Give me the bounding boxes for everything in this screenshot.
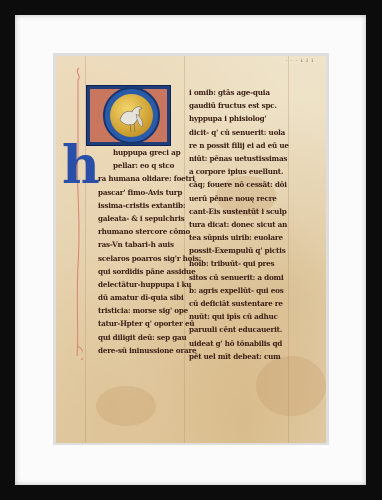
text-line: qui diligit deū: sep gau xyxy=(86,331,201,344)
text-line: huppupa greci ap xyxy=(86,146,201,159)
text-line: dere-sū ininussione orare xyxy=(86,344,201,357)
text-line: tatur-Hpter q' oporter eū xyxy=(86,317,201,330)
text-line: dū amatur dī-quia sibi xyxy=(86,291,201,304)
manuscript-page: · · · i i i xyxy=(56,56,326,443)
stain xyxy=(256,356,326,416)
text-line: tea sūpnis uirib: euolare xyxy=(189,231,289,244)
picture-frame: · · · i i i xyxy=(0,0,382,500)
text-line: pēt uel mīt debeat: cum xyxy=(189,350,289,363)
roundel-ring xyxy=(103,87,160,144)
text-line: b: agris expellūt- qui eos xyxy=(189,284,289,297)
text-line: delectātur-huppupa i ku xyxy=(86,278,201,291)
flourish-decoration xyxy=(73,66,83,366)
text-line: nuūt: qui ipīs cū adhuc xyxy=(189,310,289,323)
text-line: sitos cū senuerit: a domi xyxy=(189,271,289,284)
gold-roundel xyxy=(110,94,153,137)
text-line: niūt: pēnas uetustissimas xyxy=(189,152,289,165)
text-line: cū deficiāt sustentare re xyxy=(189,297,289,310)
text-line: galeata- & i sepulchris xyxy=(86,212,201,225)
text-line: uideat g' hō tōnabilis qd xyxy=(189,337,289,350)
text-column-left: huppupa greci ap pellar: eo q stco ra hu… xyxy=(86,146,201,357)
text-line: ra humana olidare: foetri xyxy=(86,172,201,185)
text-line: ras-Vn tabari-h auis xyxy=(86,238,201,251)
text-line: i omib: gtās age-quia xyxy=(189,86,289,99)
text-line: possit-Exempulū q' pictis xyxy=(189,244,289,257)
text-line: hyppupa i phisiolog' xyxy=(189,112,289,125)
text-line: hoīb: tribuūt- qui pres xyxy=(189,257,289,270)
text-line: qui sordidis pāne assidue xyxy=(86,265,201,278)
stain xyxy=(96,386,156,426)
text-line: re n possit filij ei ad eū ue xyxy=(189,139,289,152)
text-line: uerū pēnne nouę recre xyxy=(189,192,289,205)
text-line: cāq; fouere nō cessāt: dōi xyxy=(189,178,289,191)
text-column-right: i omib: gtās age-quia gaudiū fructus est… xyxy=(189,86,289,363)
text-line: tristicia: morse sig' ope xyxy=(86,304,201,317)
text-line: cant-Eis sustentūt i sculp xyxy=(189,205,289,218)
text-line: gaudiū fructus est spc. xyxy=(189,99,289,112)
text-line: dicit- q' cū senuerit: uola xyxy=(189,126,289,139)
text-line: pascar' fimo-Avis turp xyxy=(86,186,201,199)
text-line: a corpore ipius euellunt. xyxy=(189,165,289,178)
text-line: tura dicat: donec sicut an xyxy=(189,218,289,231)
text-line: paruuli cēnt educauerit. xyxy=(189,323,289,336)
hoopoe-birds-icon xyxy=(110,94,153,137)
text-line: rhumano stercore cōmo xyxy=(86,225,201,238)
initial-ground xyxy=(90,89,167,142)
text-line: pellar: eo q stco xyxy=(86,159,201,172)
text-line: scelaros poarros sig'r hois: xyxy=(86,252,201,265)
folio-number: · · · i i i xyxy=(285,58,314,64)
text-line: issima-cristis extantib: xyxy=(86,199,201,212)
